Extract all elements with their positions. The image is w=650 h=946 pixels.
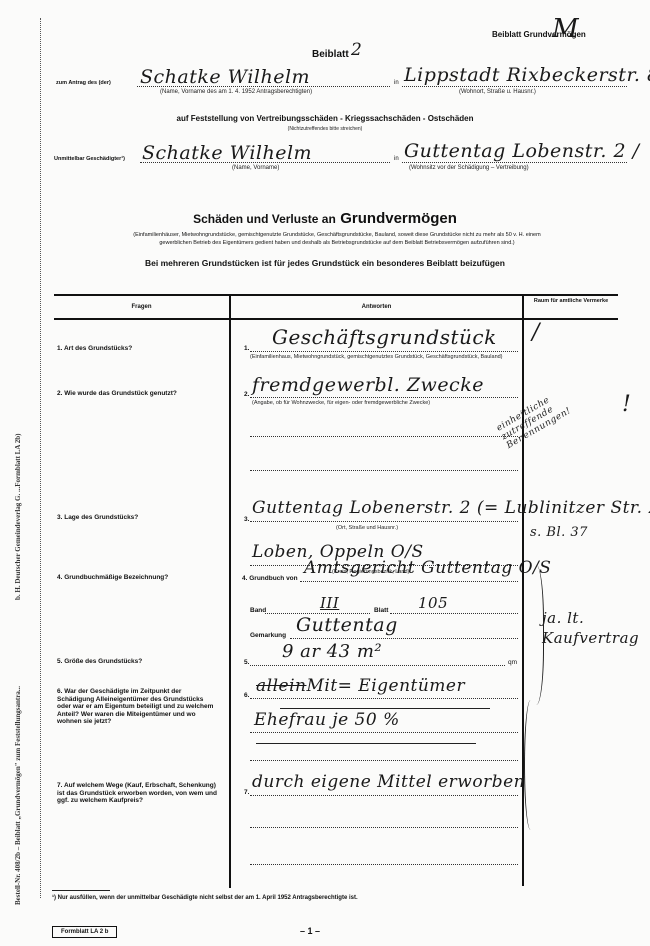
sheet-number: 2 bbox=[351, 40, 362, 60]
question-3: 3. Lage des Grundstücks? bbox=[57, 514, 138, 522]
blatt-label: Blatt bbox=[374, 607, 388, 614]
in-label: in bbox=[394, 80, 399, 86]
antrag-label: zum Antrag des (der) bbox=[56, 80, 111, 86]
col-header-answers: Antworten bbox=[231, 304, 522, 310]
question-6: 6. War der Geschädigte im Zeitpunkt der … bbox=[57, 688, 217, 726]
section-title: Schäden und Verluste an Grundvermögen bbox=[0, 210, 650, 228]
col-header-questions: Fragen bbox=[54, 304, 229, 310]
margin-text-lower: Bestell-Nr. 408/2b – Beiblatt „Grundverm… bbox=[14, 686, 22, 905]
answer-number-4: 4. Grundbuch von bbox=[242, 575, 298, 582]
answer-6-struck: allein bbox=[256, 676, 306, 696]
answer-7[interactable]: durch eigene Mittel erworben bbox=[252, 772, 525, 792]
purpose-line: auf Feststellung von Vertreibungsschäden… bbox=[125, 114, 525, 123]
question-1: 1. Art des Grundstücks? bbox=[57, 345, 132, 353]
antrag-address[interactable]: Lippstadt Rixbeckerstr. 87 bbox=[404, 64, 650, 86]
question-2: 2. Wie wurde das Grundstück genutzt? bbox=[57, 390, 177, 398]
in-label-2: in bbox=[394, 156, 399, 162]
footnote: ¹) Nur ausfüllen, wenn der unmittelbar G… bbox=[52, 895, 358, 901]
note-bracket bbox=[524, 700, 537, 830]
geschaedigter-label: Unmittelbar Geschädigter¹) bbox=[54, 156, 125, 162]
antrag-address-caption: (Wohnort, Straße u. Hausnr.) bbox=[459, 89, 536, 95]
answer-number-7: 7. bbox=[244, 789, 249, 796]
purpose-caption: (Nichtzutreffendes bitte streichen) bbox=[125, 126, 525, 132]
answer-1-caption: (Einfamilienhaus, Mietwohngrundstück, ge… bbox=[250, 354, 520, 361]
note-2: einheitliche zutreffende Benennungen! bbox=[495, 365, 614, 451]
answer-6[interactable]: alleinMit= Eigentümer bbox=[256, 676, 465, 696]
sheet-title: Beiblatt bbox=[312, 49, 349, 60]
answer-number-5: 5. bbox=[244, 659, 249, 666]
answer-3[interactable]: Guttentag Lobenerstr. 2 (= Lublinitzer S… bbox=[252, 498, 650, 518]
answer-1[interactable]: Geschäftsgrundstück bbox=[272, 325, 497, 349]
geschaedigter-name-caption: (Name, Vorname) bbox=[232, 165, 279, 171]
sheet-mark-handwritten: M bbox=[552, 14, 579, 44]
question-7: 7. Auf welchem Wege (Kauf, Erbschaft, Sc… bbox=[57, 782, 217, 805]
blatt-value[interactable]: 105 bbox=[418, 594, 448, 612]
answer-4-grundbuch[interactable]: Amtsgericht Guttentag O/S bbox=[304, 558, 551, 578]
perforation-line bbox=[40, 18, 41, 898]
note-3: s. Bl. 37 bbox=[530, 525, 588, 540]
antrag-name[interactable]: Schatke Wilhelm bbox=[140, 66, 310, 88]
answer-number-2: 2. bbox=[244, 391, 249, 398]
margin-text-upper: b. H. Deutscher Gemeindeverlag G. ...For… bbox=[14, 434, 22, 601]
note-4: ja. lt. Kaufvertrag bbox=[542, 608, 642, 648]
question-5: 5. Größe des Grundstücks? bbox=[57, 658, 142, 666]
answer-2[interactable]: fremdgewerbl. Zwecke bbox=[252, 374, 484, 396]
geschaedigter-address-caption: (Wohnsitz vor der Schädigung – Vertreibu… bbox=[409, 165, 529, 171]
answer-number-3: 3. bbox=[244, 516, 249, 523]
answer-number-1: 1. bbox=[244, 345, 249, 352]
gemarkung-value[interactable]: Guttentag bbox=[296, 614, 398, 636]
answer-5[interactable]: 9 ar 43 m² bbox=[282, 641, 382, 662]
answer-5-unit: qm bbox=[508, 659, 517, 666]
band-value[interactable]: III bbox=[320, 594, 339, 612]
band-label: Band bbox=[250, 607, 266, 614]
geschaedigter-name[interactable]: Schatke Wilhelm bbox=[142, 142, 312, 164]
gemarkung-label: Gemarkung bbox=[250, 632, 286, 639]
note-4-brace bbox=[525, 565, 544, 705]
answer-2-caption: (Angabe, ob für Wohnzwecke, für eigen- o… bbox=[252, 400, 430, 406]
section-description: (Einfamilienhäuser, Mietwohngrundstücke,… bbox=[52, 231, 622, 247]
antrag-name-caption: (Name, Vorname des am 1. 4. 1952 Antrags… bbox=[160, 89, 312, 95]
page-number: – 1 – bbox=[300, 926, 320, 936]
instruction: Bei mehreren Grundstücken ist für jedes … bbox=[0, 258, 650, 268]
note-1: / bbox=[532, 320, 540, 345]
note-2-exclamation: ! bbox=[622, 392, 631, 417]
answer-number-6: 6. bbox=[244, 692, 249, 699]
answer-6-line-2[interactable]: Ehefrau je 50 % bbox=[254, 710, 400, 730]
form-label-box: Formblatt LA 2 b bbox=[52, 926, 117, 938]
geschaedigter-address[interactable]: Guttentag Lobenstr. 2 / bbox=[404, 140, 640, 162]
answer-3-caption: (Ort, Straße und Hausnr.) bbox=[336, 525, 398, 531]
question-4: 4. Grundbuchmäßige Bezeichnung? bbox=[57, 574, 168, 582]
col-header-notes: Raum für amtliche Vermerke bbox=[524, 298, 618, 305]
